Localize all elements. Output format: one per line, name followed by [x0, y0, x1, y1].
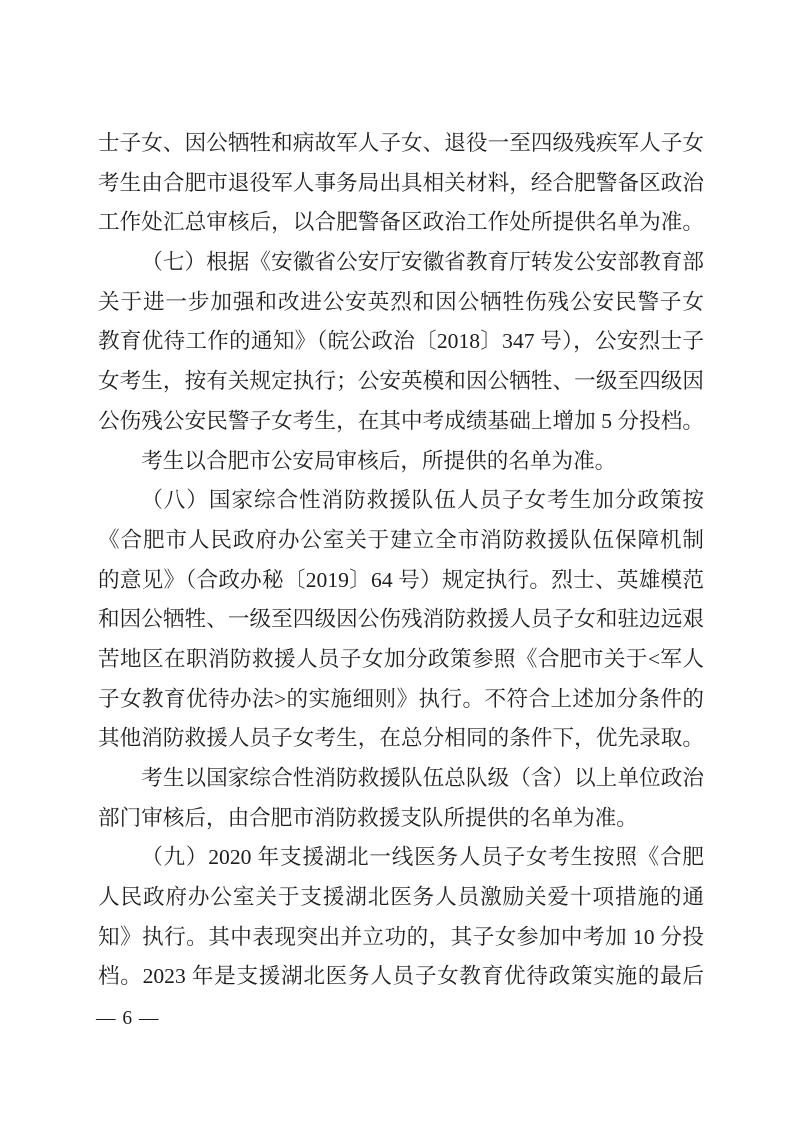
- body-text-line: 苦地区在职消防救援人员子女加分政策参照《合肥市关于<军人: [98, 640, 704, 680]
- body-text-line: 子女教育优待办法>的实施细则》执行。不符合上述加分条件的: [98, 680, 704, 720]
- body-text-line: 关于进一步加强和改进公安英烈和因公牺牲伤残公安民警子女: [98, 283, 704, 323]
- body-text-line: 教育优待工作的通知》（皖公政治〔2018〕347 号），公安烈士子: [98, 322, 704, 362]
- body-text-line: 知》执行。其中表现突出并立功的，其子女参加中考加 10 分投: [98, 918, 704, 958]
- body-text-line: 考生以国家综合性消防救援队伍总队级（含）以上单位政治: [98, 759, 704, 799]
- body-text-line: 《合肥市人民政府办公室关于建立全市消防救援队伍保障机制: [98, 521, 704, 561]
- page-number: — 6 —: [96, 1004, 160, 1034]
- body-text-line: 档。2023 年是支援湖北医务人员子女教育优待政策实施的最后一: [98, 957, 704, 997]
- body-text-line: 考生以合肥市公安局审核后，所提供的名单为准。: [98, 442, 704, 482]
- body-text-line: 公伤残公安民警子女考生，在其中考成绩基础上增加 5 分投档。: [98, 402, 704, 442]
- body-text-line: （八）国家综合性消防救援队伍人员子女考生加分政策按: [98, 481, 704, 521]
- body-text-line: （九）2020 年支援湖北一线医务人员子女考生按照《合肥市: [98, 838, 704, 878]
- body-text-line: 部门审核后，由合肥市消防救援支队所提供的名单为准。: [98, 799, 704, 839]
- document-page: 士子女、因公牺牲和病故军人子女、退役一至四级残疾军人子女 考生由合肥市退役军人事…: [0, 0, 793, 1122]
- body-text-line: 和因公牺牲、一级至四级因公伤残消防救援人员子女和驻边远艰: [98, 600, 704, 640]
- body-text-line: 其他消防救援人员子女考生，在总分相同的条件下，优先录取。: [98, 719, 704, 759]
- body-text-line: 女考生，按有关规定执行；公安英模和因公牺牲、一级至四级因: [98, 362, 704, 402]
- body-text-line: 工作处汇总审核后，以合肥警备区政治工作处所提供名单为准。: [98, 203, 704, 243]
- body-text: 士子女、因公牺牲和病故军人子女、退役一至四级残疾军人子女 考生由合肥市退役军人事…: [98, 124, 704, 997]
- body-text-line: 人民政府办公室关于支援湖北医务人员激励关爱十项措施的通: [98, 878, 704, 918]
- body-text-line: 士子女、因公牺牲和病故军人子女、退役一至四级残疾军人子女: [98, 124, 704, 164]
- body-text-line: （七）根据《安徽省公安厅安徽省教育厅转发公安部教育部: [98, 243, 704, 283]
- body-text-line: 的意见》（合政办秘〔2019〕64 号）规定执行。烈士、英雄模范: [98, 561, 704, 601]
- body-text-line: 考生由合肥市退役军人事务局出具相关材料，经合肥警备区政治: [98, 164, 704, 204]
